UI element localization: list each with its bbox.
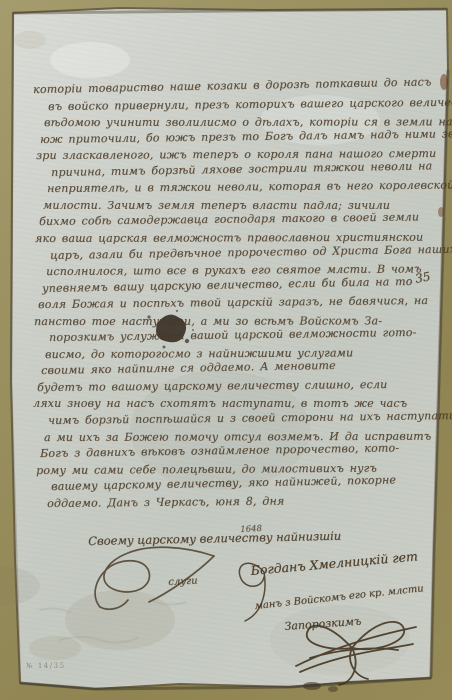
year-mark: 1648 [240, 524, 262, 535]
manuscript-line: юж приточили, бо южъ презъ то Богъ далъ … [40, 127, 452, 146]
manuscript-line: вашему царскому величеству, яко найнижей… [51, 475, 396, 494]
framed-document-photo: которіи товариство наше козаки в дорозѣ … [0, 0, 452, 700]
courtesy-word-slugi: слуги [168, 575, 198, 588]
manuscript-line: оддаемо. Данъ з Черкасъ, юня 8, дня [47, 495, 284, 509]
manuscript-line: причина, тимъ борзѣй ляхове зострили тяж… [51, 160, 432, 179]
manuscript-line: порозкимъ услужити вашой царской велможн… [49, 327, 417, 344]
manuscript-line: чимъ борзѣй поспѣшайся и з своей сторони… [48, 410, 452, 427]
signature-line-1: Богданъ Хмелницкій гет [250, 548, 418, 578]
manuscript-line: яко ваша царская велможностъ православно… [35, 232, 423, 245]
manuscript-line: воля Божая и поспѣхъ твой царскій заразъ… [38, 295, 428, 311]
courtesy-line: Своему царскому величеству найнизшіи [88, 529, 341, 548]
manuscript-line: неприятелѣ, и в тяжкои неволи, которая в… [47, 180, 452, 196]
manuscript-line: которіи товариство наше козаки в дорозѣ … [33, 76, 432, 96]
manuscript-line: милости. Зачимъ земля теперъ власти падл… [43, 200, 390, 212]
manuscript-text-layer: которіи товариство наше козаки в дорозѣ … [0, 0, 452, 700]
manuscript-line: царъ, азали би предвѣчное пророчество од… [50, 243, 452, 261]
signature-line-2: манъ з Войскомъ его кр. млсти [254, 583, 424, 612]
archival-notation: № 14/35 [26, 662, 66, 670]
signature-line-3: Запорозкимъ [284, 615, 362, 633]
manuscript-line: Богъ з давнихъ вѣковъ ознаймленое пророч… [40, 442, 399, 460]
manuscript-line: упевняемъ вашу царскую величество, если … [42, 275, 413, 294]
manuscript-line: въ войско привернули, презъ которихъ ваш… [48, 96, 452, 113]
folio-number: 35 [414, 269, 431, 285]
manuscript-line: ляхи знову на насъ схотятъ наступати, в … [33, 398, 407, 410]
manuscript-line: панство тое наступати, а ми зо всѣмъ Вой… [34, 315, 382, 328]
manuscript-line: бихмо собѣ самодержавца господаря такого… [39, 212, 419, 229]
manuscript-line: своими яко найпилне ся оддаемо. А менови… [41, 360, 336, 377]
manuscript-line: будетъ то вашому царскому величеству сли… [37, 379, 387, 394]
